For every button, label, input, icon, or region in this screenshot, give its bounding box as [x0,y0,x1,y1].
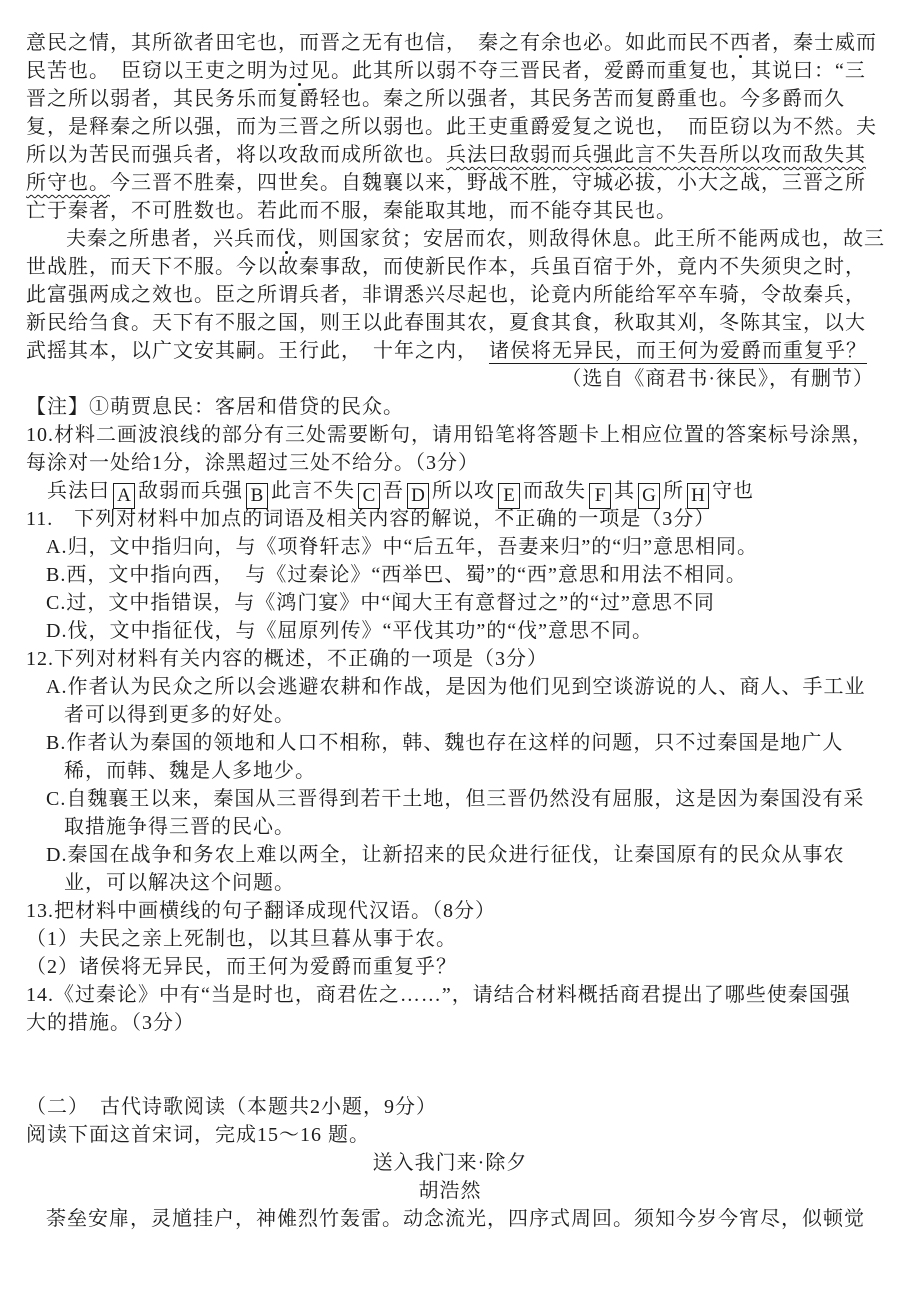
wavy-underlined-text: 兵法曰敌弱而兵强此言不失吾所以攻而敌失其 [446,144,866,166]
q13-sub-1: （1）夫民之亲上死制也，以其旦暮从事于农。 [26,925,874,953]
q13-stem: 13.把材料中画横线的句子翻译成现代汉语。（8分） [26,897,874,925]
poem-title: 送入我门来·除夕 [26,1149,874,1177]
material-paragraph-1-line-5: 所以为苦民而强兵者，将以攻敌而成所欲也。兵法曰敌弱而兵强此言不失吾所以攻而敌失其 [26,141,874,169]
q11-option-d: D.伐，文中指征伐，与《屈原列传》“平伐其功”的“伐”意思不同。 [26,617,874,645]
emphasis-dot-char: 西 [730,32,751,54]
q14-stem-line-2: 大的措施。（3分） [26,1009,874,1037]
spacer [26,1065,874,1093]
poem-line-1: 荼垒安扉，灵馗挂户，神傩烈竹轰雷。动念流光，四序式周回。须知今岁今宵尽，似顿觉 [26,1205,874,1233]
emphasis-dot-char: 伐 [276,228,297,250]
q11-option-c: C.过，文中指错误，与《鸿门宴》中“闻大王有意督过之”的“过”意思不同 [26,589,874,617]
material-paragraph-2-line-2: 世战胜，而天下不服。今以故秦事敌，而使新民作本，兵虽百宿于外，竟内不失须臾之时， [26,253,874,281]
q12-option-a-line-1: A.作者认为民众之所以会逃避农耕和作战，是因为他们见到空谈游说的人、商人、手工业 [26,673,874,701]
q11-option-a: A.归，文中指归向，与《项脊轩志》中“后五年，吾妻来归”的“归”意思相同。 [26,533,874,561]
q12-option-a-line-2: 者可以得到更多的好处。 [26,701,874,729]
q12-option-d-line-2: 业，可以解决这个问题。 [26,869,874,897]
material-paragraph-2-line-4: 新民给刍食。天下有不服之国，则王以此春围其农，夏食其食，秋取其刈，冬陈其宝，以大 [26,309,874,337]
q12-option-c-line-1: C.自魏襄王以来，秦国从三晋得到若干土地，但三晋仍然没有屈服，这是因为秦国没有采 [26,785,874,813]
material-paragraph-1-line-4: 复，是释秦之所以强，而为三晋之所以弱也。此王吏重爵爱复之说也， 而臣窃以为不然。… [26,113,874,141]
q10-stem-line-2: 每涂对一处给1分，涂黑超过三处不给分。（3分） [26,449,874,477]
spacer [26,1037,874,1065]
q14-stem-line-1: 14.《过秦论》中有“当是时也，商君佐之……”，请结合材料概括商君提出了哪些使秦… [26,981,874,1009]
q12-stem: 12.下列对材料有关内容的概述，不正确的一项是（3分） [26,645,874,673]
material-paragraph-1-line-1: 意民之情，其所欲者田宅也，而晋之无有也信， 秦之有余也必。如此而民不西者，秦士威… [26,29,874,57]
q13-sub-2: （2）诸侯将无异民，而王何为爱爵而重复乎？ [26,953,874,981]
material-paragraph-2-line-1: 夫秦之所患者，兴兵而伐，则国家贫；安居而农，则敌得休息。此王所不能两成也，故三 [26,225,874,253]
material-paragraph-1-line-2: 民苦也。 臣窃以王吏之明为过见。此其所以弱不夺三晋民者，爱爵而重复也，其说曰：“… [26,57,874,85]
material-paragraph-2-line-3: 此富强两成之效也。臣之所谓兵者，非谓悉兴尽起也，论竟内所能给军卒车骑，令故秦兵， [26,281,874,309]
underlined-text: 诸侯将无异民，而王何为爱爵而重复乎？ [489,340,867,364]
section-2-heading: （二） 古代诗歌阅读（本题共2小题，9分） [26,1093,874,1121]
q10-stem-line-1: 10.材料二画波浪线的部分有三处需要断句，请用铅笔将答题卡上相应位置的答案标号涂… [26,421,874,449]
emphasis-dot-char: 过 [289,60,310,82]
material-paragraph-1-line-7: 亡于秦者，不可胜数也。若此而不服，秦能取其地，而不能夺其民也。 [26,197,874,225]
q12-option-b-line-1: B.作者认为秦国的领地和人口不相称，韩、魏也存在这样的问题，只不过秦国是地广人 [26,729,874,757]
poem-author: 胡浩然 [26,1177,874,1205]
q10-sentence-segmentation-line: 兵法曰A敌弱而兵强B此言不失C吾D所以攻E而敌失F其G所H守也 [26,477,874,505]
footnote: 【注】①萌贾息民：客居和借贷的民众。 [26,393,874,421]
document-body: 意民之情，其所欲者田宅也，而晋之无有也信， 秦之有余也必。如此而民不西者，秦士威… [0,0,900,1233]
material-paragraph-1-line-6: 所守也。今三晋不胜秦，四世矣。自魏襄以来，野战不胜，守城必拔，小大之战，三晋之所 [26,169,874,197]
source-attribution: （选自《商君书·徕民》，有删节） [26,365,874,393]
material-paragraph-2-line-5: 武摇其本，以广文安其嗣。王行此， 十年之内， 诸侯将无异民，而王何为爱爵而重复乎… [26,337,874,365]
q12-option-b-line-2: 稀，而韩、魏是人多地少。 [26,757,874,785]
wavy-underlined-text: 所守也。 [26,172,110,194]
q12-option-d-line-1: D.秦国在战争和务农上难以两全，让新招来的民众进行征伐，让秦国原有的民众从事农 [26,841,874,869]
exam-page: 意民之情，其所欲者田宅也，而晋之无有也信， 秦之有余也必。如此而民不西者，秦士威… [0,0,900,1233]
q12-option-c-line-2: 取措施争得三晋的民心。 [26,813,874,841]
material-paragraph-1-line-3: 晋之所以弱者，其民务乐而复爵轻也。秦之所以强者，其民务苦而复爵重也。今多爵而久 [26,85,874,113]
q11-stem: 11. 下列对材料中加点的词语及相关内容的解说，不正确的一项是（3分） [26,505,874,533]
q11-option-b: B.西，文中指向西， 与《过秦论》“西举巴、蜀”的“西”意思和用法不相同。 [26,561,874,589]
reading-instruction: 阅读下面这首宋词，完成15～16 题。 [26,1121,874,1149]
